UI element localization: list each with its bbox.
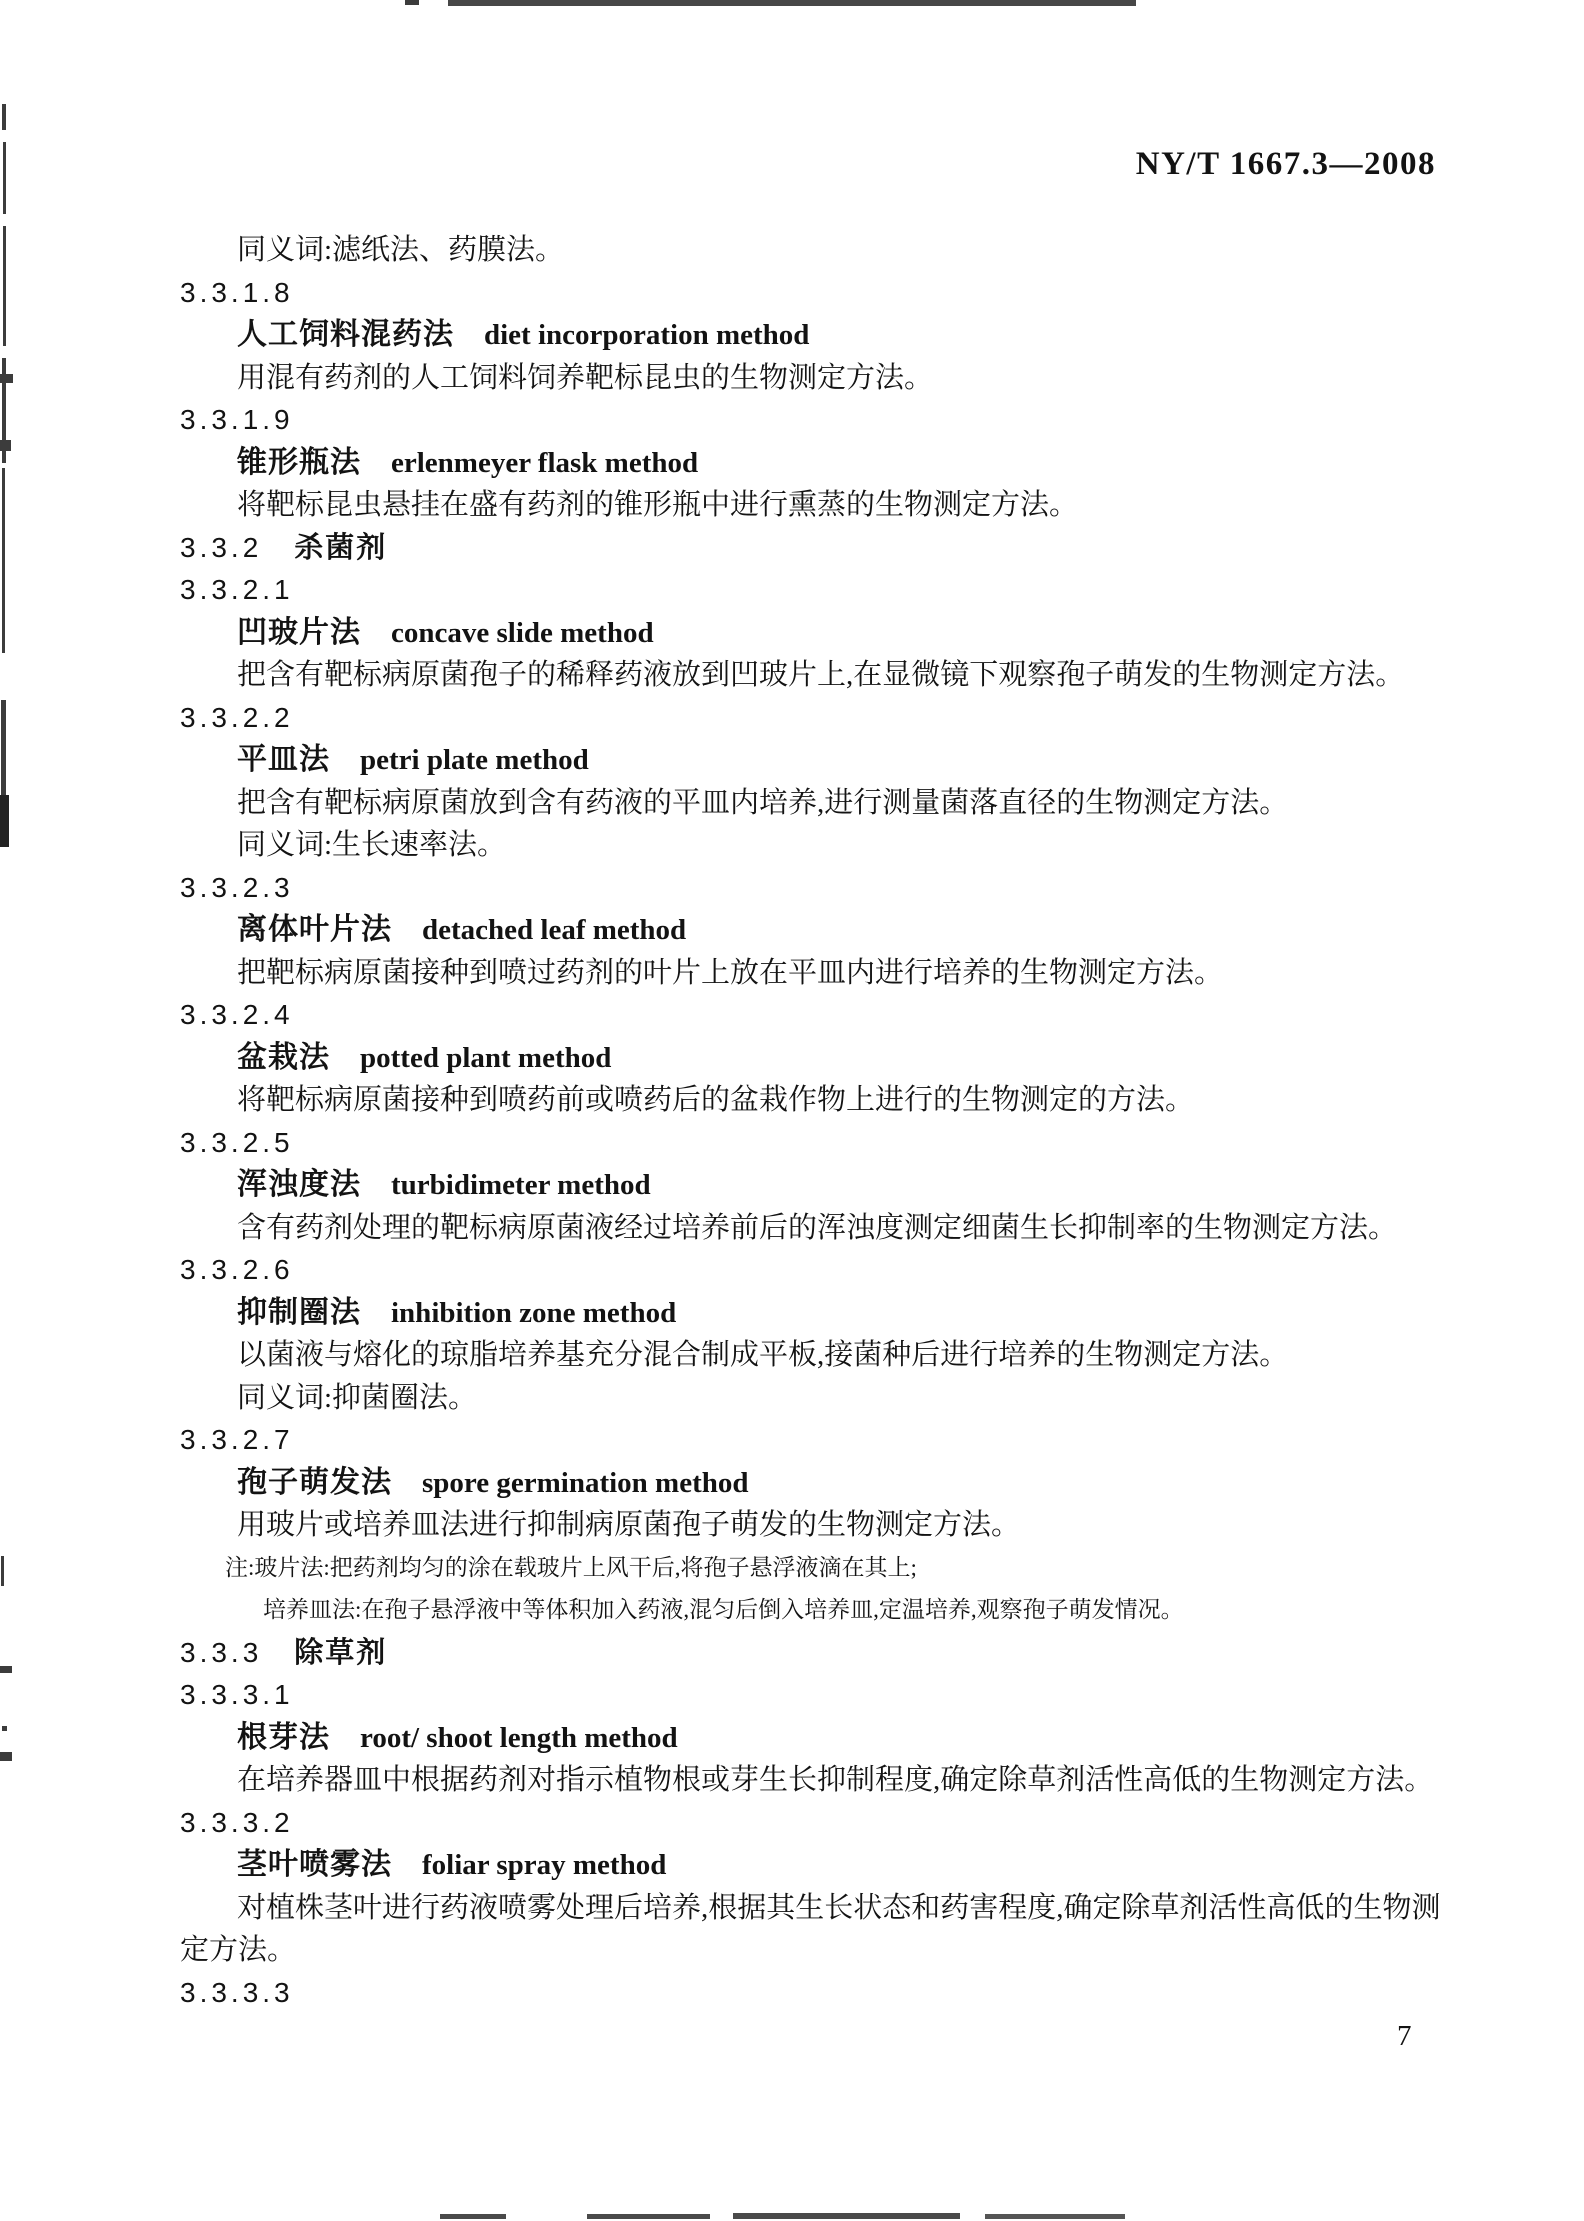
term-line: 离体叶片法detached leaf method — [180, 909, 1450, 952]
definition-line: 用玻片或培养皿法进行抑制病原菌孢子萌发的生物测定方法。 — [180, 1504, 1450, 1547]
definition-line: 在培养器皿中根据药剂对指示植物根或芽生长抑制程度,确定除草剂活性高低的生物测定方… — [180, 1759, 1450, 1802]
document-body: 同义词:滤纸法、药膜法。3.3.1.8人工饲料混药法diet incorpora… — [180, 229, 1450, 2014]
scan-artifact-left-edge — [2, 1726, 7, 1731]
clause-number: 3.3.3.3 — [180, 1972, 1450, 2015]
scan-artifact-left-edge — [2, 468, 5, 653]
term-english: erlenmeyer flask method — [391, 447, 698, 479]
term-english: inhibition zone method — [391, 1297, 676, 1329]
synonym-line: 同义词:生长速率法。 — [180, 824, 1450, 867]
clause-number: 3.3.2.6 — [180, 1249, 1450, 1292]
scan-artifact-left-edge — [0, 440, 11, 451]
term-english: concave slide method — [391, 617, 654, 649]
scan-artifact-left-edge — [0, 1666, 12, 1673]
definition-line: 把靶标病原菌接种到喷过药剂的叶片上放在平皿内进行培养的生物测定方法。 — [180, 952, 1450, 995]
definition-line: 将靶标昆虫悬挂在盛有药剂的锥形瓶中进行熏蒸的生物测定方法。 — [180, 484, 1450, 527]
term-chinese: 盆栽法 — [237, 1041, 330, 1074]
clause-number: 3.3.2.5 — [180, 1122, 1450, 1165]
term-english: root/ shoot length method — [360, 1722, 678, 1754]
term-line: 凹玻片法concave slide method — [180, 612, 1450, 655]
term-chinese: 离体叶片法 — [237, 913, 392, 946]
scan-artifact-left-edge — [3, 226, 6, 346]
clause-number: 3.3.3.2 — [180, 1802, 1450, 1845]
scan-artifact-left-edge — [0, 795, 9, 847]
term-english: spore germination method — [422, 1467, 749, 1499]
term-chinese: 凹玻片法 — [237, 616, 361, 649]
clause-number: 3.3.2.2 — [180, 697, 1450, 740]
clause-number: 3.3.1.9 — [180, 399, 1450, 442]
term-english: turbidimeter method — [391, 1169, 651, 1201]
section-heading-number: 3.3.3 — [180, 1637, 262, 1668]
term-english: petri plate method — [360, 744, 589, 776]
scan-artifact-left-edge — [0, 1752, 12, 1761]
section-heading-title: 除草剂 — [294, 1637, 387, 1669]
note-line: 注:玻片法:把药剂均匀的涂在载玻片上风干后,将孢子悬浮液滴在其上; — [180, 1547, 1450, 1590]
term-english: diet incorporation method — [484, 319, 809, 351]
term-line: 锥形瓶法erlenmeyer flask method — [180, 442, 1450, 485]
term-line: 盆栽法potted plant method — [180, 1037, 1450, 1080]
section-heading-number: 3.3.2 — [180, 532, 262, 563]
term-line: 根芽法root/ shoot length method — [180, 1717, 1450, 1760]
term-chinese: 抑制圈法 — [237, 1296, 361, 1329]
clause-number: 3.3.3.1 — [180, 1674, 1450, 1717]
term-chinese: 平皿法 — [237, 743, 330, 776]
term-line: 茎叶喷雾法foliar spray method — [180, 1844, 1450, 1887]
term-line: 浑浊度法turbidimeter method — [180, 1164, 1450, 1207]
scan-artifact-top-bar — [405, 0, 419, 5]
scan-artifact-bottom-rule — [985, 2214, 1125, 2219]
scan-artifact-left-edge — [2, 104, 6, 130]
note-continuation-line: 培养皿法:在孢子悬浮液中等体积加入药液,混匀后倒入培养皿,定温培养,观察孢子萌发… — [180, 1589, 1450, 1632]
term-chinese: 浑浊度法 — [237, 1168, 361, 1201]
clause-number: 3.3.2.1 — [180, 569, 1450, 612]
definition-line: 将靶标病原菌接种到喷药前或喷药后的盆栽作物上进行的生物测定的方法。 — [180, 1079, 1450, 1122]
clause-number: 3.3.2.3 — [180, 867, 1450, 910]
scan-artifact-left-edge — [0, 374, 13, 383]
clause-number: 3.3.2.7 — [180, 1419, 1450, 1462]
definition-line: 以菌液与熔化的琼脂培养基充分混合制成平板,接菌种后进行培养的生物测定方法。 — [180, 1334, 1450, 1377]
term-line: 抑制圈法inhibition zone method — [180, 1292, 1450, 1335]
term-line: 人工饲料混药法diet incorporation method — [180, 314, 1450, 357]
term-chinese: 锥形瓶法 — [237, 446, 361, 479]
definition-line: 把含有靶标病原菌孢子的稀释药液放到凹玻片上,在显微镜下观察孢子萌发的生物测定方法… — [180, 654, 1450, 697]
definition-line: 对植株茎叶进行药液喷雾处理后培养,根据其生长状态和药害程度,确定除草剂活性高低的… — [180, 1887, 1450, 1930]
term-line: 孢子萌发法spore germination method — [180, 1462, 1450, 1505]
definition-continuation-line: 定方法。 — [180, 1929, 1450, 1972]
synonym-line: 同义词:滤纸法、药膜法。 — [180, 229, 1450, 272]
term-english: potted plant method — [360, 1042, 611, 1074]
term-english: detached leaf method — [422, 914, 686, 946]
page-number: 7 — [1397, 2020, 1412, 2053]
scan-artifact-bottom-rule — [440, 2214, 506, 2219]
term-chinese: 根芽法 — [237, 1721, 330, 1754]
definition-line: 把含有靶标病原菌放到含有药液的平皿内培养,进行测量菌落直径的生物测定方法。 — [180, 782, 1450, 825]
standard-number: NY/T 1667.3—2008 — [1136, 146, 1436, 183]
scan-artifact-left-edge — [1, 1556, 4, 1586]
term-chinese: 孢子萌发法 — [237, 1466, 392, 1499]
clause-number: 3.3.1.8 — [180, 272, 1450, 315]
section-heading: 3.3.3除草剂 — [180, 1632, 1450, 1675]
scan-artifact-top-bar — [448, 0, 1136, 6]
scan-artifact-left-edge — [1, 700, 6, 795]
scan-artifact-bottom-rule — [587, 2214, 710, 2219]
term-line: 平皿法petri plate method — [180, 739, 1450, 782]
section-heading: 3.3.2杀菌剂 — [180, 527, 1450, 570]
clause-number: 3.3.2.4 — [180, 994, 1450, 1037]
section-heading-title: 杀菌剂 — [294, 532, 387, 564]
term-chinese: 人工饲料混药法 — [237, 318, 454, 351]
definition-line: 含有药剂处理的靶标病原菌液经过培养前后的浑浊度测定细菌生长抑制率的生物测定方法。 — [180, 1207, 1450, 1250]
term-english: foliar spray method — [422, 1849, 666, 1881]
scan-artifact-bottom-rule — [733, 2213, 960, 2219]
term-chinese: 茎叶喷雾法 — [237, 1848, 392, 1881]
scan-artifact-left-edge — [3, 142, 6, 214]
definition-line: 用混有药剂的人工饲料饲养靶标昆虫的生物测定方法。 — [180, 357, 1450, 400]
synonym-line: 同义词:抑菌圈法。 — [180, 1377, 1450, 1420]
